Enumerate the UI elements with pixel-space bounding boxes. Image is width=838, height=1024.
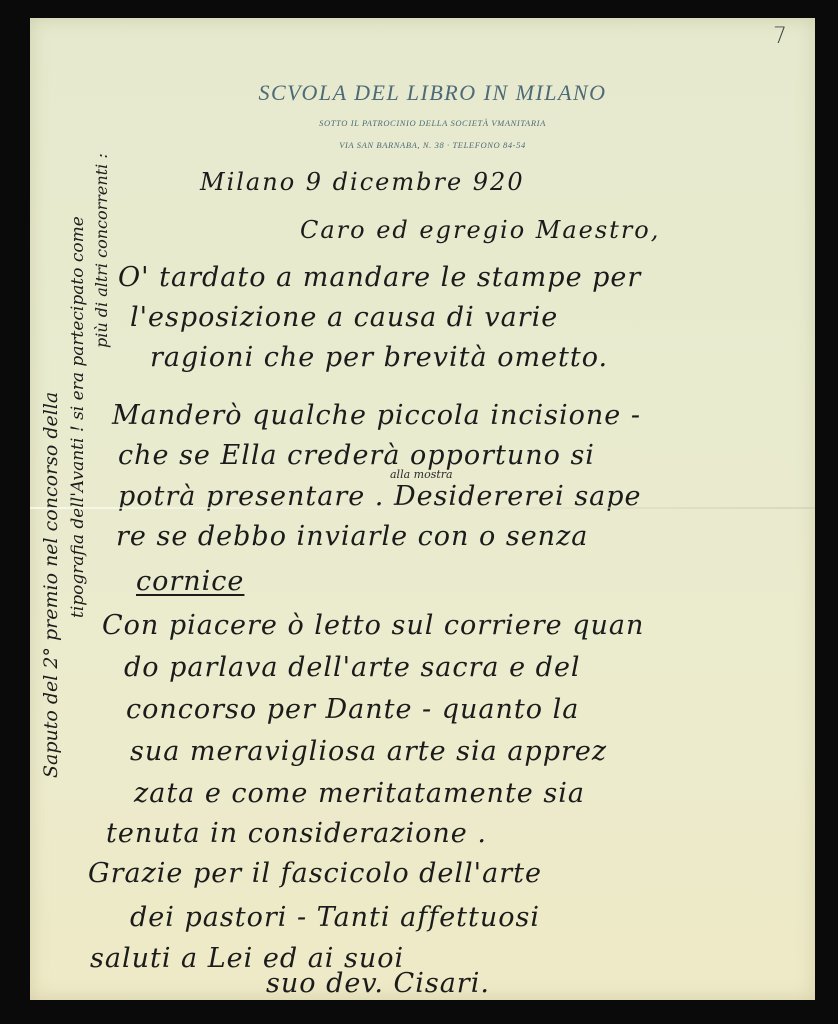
body-line-9: Con piacere ò letto sul corriere quan	[102, 610, 644, 641]
body-line-3: ragioni che per brevità ometto.	[150, 342, 608, 373]
body-line-2: l'esposizione a causa di varie	[130, 302, 558, 333]
body-line-8: cornice	[136, 566, 244, 597]
letterhead-title: SCVOLA DEL LIBRO IN MILANO	[30, 80, 815, 106]
body-line-1: O' tardato a mandare le stampe per	[118, 262, 641, 293]
body-line-10: do parlava dell'arte sacra e del	[124, 652, 581, 683]
body-line-7: re se debbo inviarle con o senza	[116, 521, 588, 552]
salutation: Caro ed egregio Maestro,	[300, 216, 660, 244]
margin-note-line-2: tipografia dell'Avanti ! si era partecip…	[68, 216, 88, 618]
date-line: Milano 9 dicembre 920	[200, 168, 525, 196]
body-line-14: tenuta in considerazione .	[106, 818, 487, 849]
body-line-6: potrà presentare . Desidererei sape	[118, 481, 642, 512]
body-line-15: Grazie per il fascicolo dell'arte	[88, 858, 542, 889]
body-line-12: sua meravigliosa arte sia apprez	[130, 736, 607, 767]
body-line-4: Manderò qualche piccola incisione -	[112, 400, 641, 431]
letterhead-address: VIA SAN BARNABA, N. 38 · TELEFONO 84-54	[30, 140, 815, 150]
insertion-note: alla mostra	[390, 468, 453, 481]
letterhead-subtitle: SOTTO IL PATROCINIO DELLA SOCIETÀ VMANIT…	[30, 118, 815, 128]
margin-note-line-3: più di altri concorrenti :	[92, 153, 111, 348]
body-line-16: dei pastori - Tanti affettuosi	[130, 902, 540, 933]
folio-number: 7	[773, 24, 787, 49]
body-line-13: zata e come meritatamente sia	[134, 778, 585, 809]
signature: suo dev. Cisari.	[266, 968, 490, 999]
margin-note-line-1: Saputo del 2° premio nel concorso della	[40, 392, 62, 778]
body-line-11: concorso per Dante - quanto la	[126, 694, 579, 725]
body-line-5: che se Ella crederà opportuno si	[118, 440, 595, 471]
letter-page: 7 SCVOLA DEL LIBRO IN MILANO SOTTO IL PA…	[30, 18, 815, 1000]
